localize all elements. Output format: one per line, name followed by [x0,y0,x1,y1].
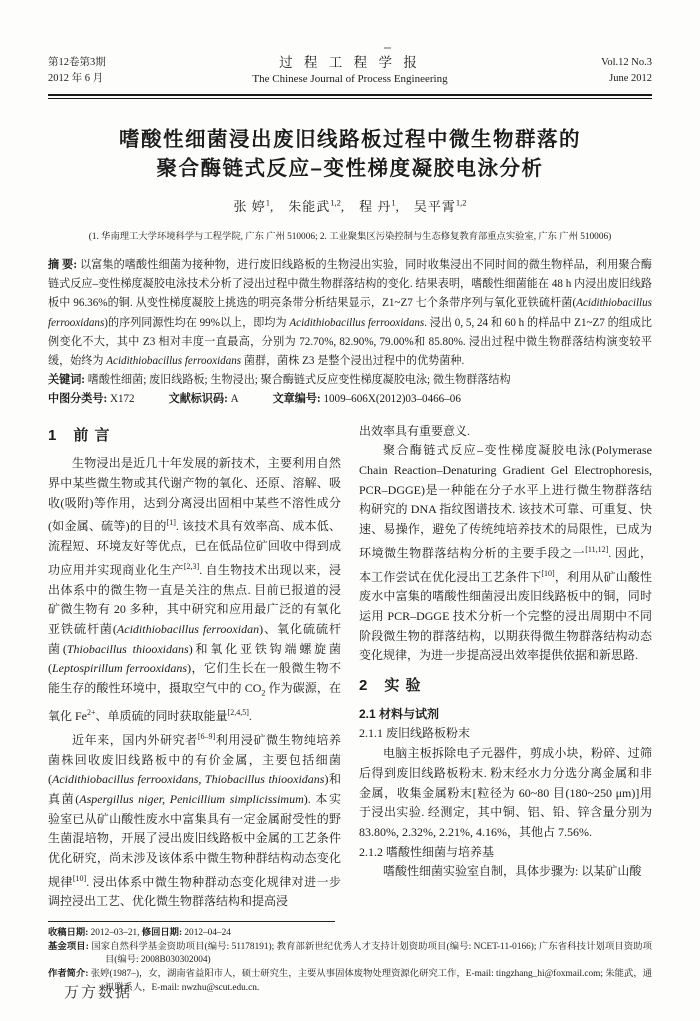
volume-issue-cn: 第12卷第3期 [48,55,168,71]
volume-issue-en: Vol.12 No.3 [532,55,652,71]
left-column: 1 前 言 生物浸出是近几十年发展的新技术，主要利用自然界中某些微生物或其代谢产… [48,422,341,913]
meta-line: 中图分类号: X172文献标识码: A文章编号: 1009–606X(2012)… [48,390,652,409]
citation-ref: [2,4,5] [228,708,249,717]
citation-ref: [1] [167,518,176,527]
section-2-1-1-heading: 2.1.1 废旧线路板粉末 [359,724,652,744]
footnote-rule [48,921,335,922]
date-en: June 2012 [532,71,652,87]
footnote-dates: 收稿日期: 2012–03–21, 修回日期: 2012–04–24 [48,927,652,941]
page: 第12卷第3期 2012 年 6 月 过 程 工 程 学 报 The Chine… [0,0,700,995]
paragraph: 电脑主板拆除电子元器件，剪成小块，粉碎、过筛后得到废旧线路板粉末. 粉末经水力分… [359,744,652,843]
species-name: Acidithiobacillus ferrooxidans, Thiobaci… [52,772,324,786]
header-issue-cn: 第12卷第3期 2012 年 6 月 [48,55,168,87]
section-2-1-2-heading: 2.1.2 嗜酸性细菌与培养基 [359,843,652,863]
authors-line: 张 婷1,朱能武1,2,程 丹1,吴平霄1,2 [48,196,652,215]
footnotes: 收稿日期: 2012–03–21, 修回日期: 2012–04–24 基金项目:… [48,927,652,995]
citation-ref: [10] [73,874,86,883]
species-name: Acidithiobacillus ferrooxidans [106,355,241,367]
header-double-rule [48,94,652,99]
section-2-1-heading: 2.1 材料与试剂 [359,705,652,725]
section-2-heading: 2 实 验 [359,676,652,696]
scan-artifact [384,47,391,49]
author: 朱能武1,2 [288,199,341,214]
right-column: 出效率具有重要意义. 聚合酶链式反应–变性梯度凝胶电泳(Polymerase C… [359,422,652,913]
journal-title-block: 过 程 工 程 学 报 The Chinese Journal of Proce… [168,55,532,87]
species-name: Leptospirillum ferrooxidans [52,661,187,675]
species-name: Aspergillus niger, Penicillium simplicis… [79,792,303,806]
paragraph-continuation: 出效率具有重要意义. [359,422,652,442]
clc-item: 中图分类号: X172 [48,393,135,405]
keywords-label: 关键词: [48,374,85,386]
chem-superscript: 2+ [87,708,96,717]
author-separator: , [341,199,345,214]
paragraph: 生物浸出是近几十年发展的新技术，主要利用自然界中某些微生物或其代谢产物的氧化、还… [48,454,341,727]
species-name: Acidithiobacillus ferrooxidans [289,317,424,329]
paragraph: 聚合酶链式反应–变性梯度凝胶电泳(Polymerase Chain Reacti… [359,441,652,666]
header-issue-en: Vol.12 No.3 June 2012 [532,55,652,87]
keywords-line: 关键词: 嗜酸性细菌; 废旧线路板; 生物浸出; 聚合酶链式反应变性梯度凝胶电泳… [48,371,652,390]
species-name: Thiobacillus thiooxidans [67,642,189,656]
journal-header: 第12卷第3期 2012 年 6 月 过 程 工 程 学 报 The Chine… [48,55,652,87]
abstract-label: 摘 要: [48,259,77,271]
paragraph: 嗜酸性细菌实验室自制，具体步骤为: 以某矿山酸 [359,862,652,882]
author: 程 丹1 [359,199,396,214]
date-cn: 2012 年 6 月 [48,71,168,87]
citation-ref: [10] [541,569,554,578]
citation-ref: [6–9] [198,732,215,741]
footnote-area: 收稿日期: 2012–03–21, 修回日期: 2012–04–24 基金项目:… [48,921,652,995]
citation-ref: [2,3] [184,562,199,571]
affiliation: (1. 华南理工大学环境科学与工程学院, 广东 广州 510006; 2. 工业… [48,228,652,242]
author-separator: , [396,199,400,214]
footnote-funding: 基金项目: 国家自然科学基金资助项目(编号: 51178191); 教育部新世纪… [48,941,652,968]
keywords-text: 嗜酸性细菌; 废旧线路板; 生物浸出; 聚合酶链式反应变性梯度凝胶电泳; 微生物… [88,374,511,386]
body-columns: 1 前 言 生物浸出是近几十年发展的新技术，主要利用自然界中某些微生物或其代谢产… [48,422,652,913]
author: 吴平霄1,2 [414,199,467,214]
footnote-author-bio: 作者简介: 张婷(1987–)，女，湖南省益阳市人，硕士研究生，主要从事固体废物… [48,968,652,995]
species-name: Acidithiobacillus ferrooxidan [117,622,259,636]
article-title-line2: 聚合酶链式反应–变性梯度凝胶电泳分析 [48,154,652,183]
journal-title-en: The Chinese Journal of Process Engineeri… [168,71,532,87]
author-separator: , [270,199,274,214]
citation-ref: [11,12] [585,545,608,554]
author: 张 婷1 [233,199,270,214]
article-title-line1: 嗜酸性细菌浸出废旧线路板过程中微生物群落的 [48,125,652,154]
article-id-item: 文章编号: 1009–606X(2012)03–0466–06 [273,393,461,405]
doc-code-item: 文献标识码: A [169,393,239,405]
article-title: 嗜酸性细菌浸出废旧线路板过程中微生物群落的 聚合酶链式反应–变性梯度凝胶电泳分析 [48,125,652,183]
wanfang-watermark: 万方数据 [64,981,132,1002]
section-1-heading: 1 前 言 [48,426,341,446]
journal-title-cn: 过 程 工 程 学 报 [168,55,532,71]
abstract: 摘 要: 以富集的嗜酸性细菌为接种物，进行废旧线路板的生物浸出实验，同时收集浸出… [48,256,652,371]
paragraph: 近年来，国内外研究者[6–9]利用浸矿微生物纯培养菌株回收废旧线路板中的有价金属… [48,727,341,912]
